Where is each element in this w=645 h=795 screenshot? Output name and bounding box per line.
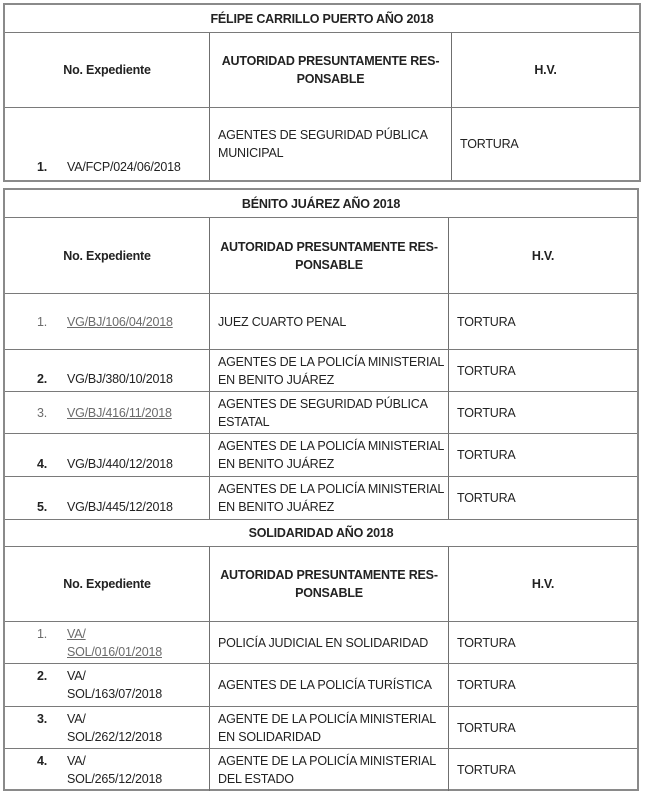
hv-cell: TORTURA (448, 434, 637, 476)
autoridad-text: AGENTES DE LA POLICÍA MINISTERIALEN BENI… (218, 437, 444, 473)
header-row: No. Expediente AUTORIDAD PRESUNTAMENTE R… (5, 218, 637, 294)
header-hv-text: H.V. (534, 61, 556, 79)
expediente-link[interactable]: VG/BJ/106/04/2018 (67, 313, 173, 331)
autoridad-cell: AGENTES DE LA POLICÍA MINISTERIALEN BENI… (209, 477, 448, 519)
table-benito-juarez-solidaridad: BÉNITO JUÁREZ AÑO 2018 No. Expediente AU… (3, 188, 639, 791)
table-row: 4. VG/BJ/440/12/2018 AGENTES DE LA POLIC… (5, 434, 637, 477)
hv-text: TORTURA (460, 135, 519, 153)
hv-text: TORTURA (457, 719, 516, 737)
expediente-number: VA/SOL/265/12/2018 (67, 752, 177, 788)
autoridad-line1: AGENTES DE LA POLICÍA MINISTERIAL (218, 353, 444, 371)
expediente-number: VG/BJ/445/12/2018 (67, 498, 173, 516)
expediente-cell: 4. VA/SOL/265/12/2018 (5, 749, 209, 791)
expediente-link[interactable]: VA/SOL/016/01/2018 (67, 625, 177, 661)
expediente-line1: VA/ (67, 710, 177, 728)
row-number: 2. (13, 370, 67, 388)
autoridad-line2: ESTATAL (218, 413, 428, 431)
table-row: 1. VA/SOL/016/01/2018 POLICÍA JUDICIAL E… (5, 622, 637, 664)
row-number: 1. (13, 625, 67, 643)
header-row: No. Expediente AUTORIDAD PRESUNTAMENTE R… (5, 547, 637, 622)
expediente-cell: 5. VG/BJ/445/12/2018 (5, 477, 209, 519)
hv-cell: TORTURA (448, 622, 637, 663)
table-felipe-carrillo-puerto: FÉLIPE CARRILLO PUERTO AÑO 2018 No. Expe… (3, 3, 641, 182)
table-row: 5. VG/BJ/445/12/2018 AGENTES DE LA POLIC… (5, 477, 637, 520)
autoridad-line2: EN BENITO JUÁREZ (218, 455, 444, 473)
row-number: 1. (13, 313, 67, 331)
header-expediente-text: No. Expediente (63, 61, 151, 79)
header-hv: H.V. (448, 547, 637, 621)
expediente-cell: 1. VA/FCP/024/06/2018 (5, 108, 209, 180)
autoridad-line2: EN SOLIDARIDAD (218, 728, 436, 746)
expediente-number: VA/SOL/262/12/2018 (67, 710, 177, 746)
row-number: 5. (13, 498, 67, 516)
hv-text: TORTURA (457, 362, 516, 380)
expediente-number: VA/SOL/163/07/2018 (67, 667, 177, 703)
table-row: 1. VG/BJ/106/04/2018 JUEZ CUARTO PENAL T… (5, 294, 637, 350)
hv-cell: TORTURA (448, 707, 637, 748)
autoridad-line1: AGENTES DE SEGURIDAD PÚBLICA (218, 395, 428, 413)
header-autoridad: AUTORIDAD PRESUNTAMENTE RES-PONSABLE (209, 218, 448, 293)
header-autoridad-line1: AUTORIDAD PRESUNTAMENTE RES- (220, 566, 438, 584)
autoridad-text: AGENTES DE LA POLICÍA MINISTERIALEN BENI… (218, 480, 444, 516)
header-autoridad-text: AUTORIDAD PRESUNTAMENTE RES-PONSABLE (220, 238, 438, 274)
hv-cell: TORTURA (448, 350, 637, 391)
hv-text: TORTURA (457, 489, 516, 507)
header-autoridad-line1: AUTORIDAD PRESUNTAMENTE RES- (220, 238, 438, 256)
header-expediente: No. Expediente (5, 33, 209, 107)
row-number: 3. (13, 404, 67, 422)
autoridad-cell: AGENTE DE LA POLICÍA MINISTERIALDEL ESTA… (209, 749, 448, 791)
autoridad-text: JUEZ CUARTO PENAL (218, 313, 346, 331)
autoridad-line2: DEL ESTADO (218, 770, 436, 788)
expediente-number: VG/BJ/440/12/2018 (67, 455, 173, 473)
autoridad-text: AGENTES DE SEGURIDAD PÚBLICAESTATAL (218, 395, 428, 431)
expediente-line2: SOL/163/07/2018 (67, 685, 177, 703)
row-number: 4. (13, 752, 67, 770)
section-title-text: BÉNITO JUÁREZ AÑO 2018 (242, 197, 400, 211)
hv-text: TORTURA (457, 761, 516, 779)
expediente-cell: 2. VG/BJ/380/10/2018 (5, 350, 209, 391)
hv-text: TORTURA (457, 676, 516, 694)
table-row: 4. VA/SOL/265/12/2018 AGENTE DE LA POLIC… (5, 749, 637, 791)
header-row: No. Expediente AUTORIDAD PRESUNTAMENTE R… (5, 33, 639, 108)
table-row: 2. VA/SOL/163/07/2018 AGENTES DE LA POLI… (5, 664, 637, 707)
autoridad-text: AGENTE DE LA POLICÍA MINISTERIALEN SOLID… (218, 710, 436, 746)
row-number: 4. (13, 455, 67, 473)
autoridad-cell: AGENTE DE LA POLICÍA MINISTERIALEN SOLID… (209, 707, 448, 748)
table-row: 2. VG/BJ/380/10/2018 AGENTES DE LA POLIC… (5, 350, 637, 392)
section-title-text: SOLIDARIDAD AÑO 2018 (249, 526, 394, 540)
autoridad-cell: AGENTES DE SEGURIDAD PÚBLICAMUNICIPAL (209, 108, 451, 180)
header-expediente: No. Expediente (5, 218, 209, 293)
expediente-cell: 4. VG/BJ/440/12/2018 (5, 434, 209, 476)
header-autoridad-line2: PONSABLE (220, 584, 438, 602)
header-autoridad: AUTORIDAD PRESUNTAMENTE RES-PONSABLE (209, 547, 448, 621)
autoridad-cell: AGENTES DE SEGURIDAD PÚBLICAESTATAL (209, 392, 448, 433)
autoridad-text: AGENTES DE SEGURIDAD PÚBLICAMUNICIPAL (218, 126, 428, 162)
header-hv-text: H.V. (532, 247, 554, 265)
autoridad-line2: EN BENITO JUÁREZ (218, 498, 444, 516)
autoridad-cell: POLICÍA JUDICIAL EN SOLIDARIDAD (209, 622, 448, 663)
hv-cell: TORTURA (448, 477, 637, 519)
section-title-text: FÉLIPE CARRILLO PUERTO AÑO 2018 (210, 12, 433, 26)
autoridad-text: AGENTES DE LA POLICÍA MINISTERIALEN BENI… (218, 353, 444, 389)
section-title: FÉLIPE CARRILLO PUERTO AÑO 2018 (5, 5, 639, 33)
hv-text: TORTURA (457, 446, 516, 464)
expediente-cell: 3. VG/BJ/416/11/2018 (5, 392, 209, 433)
header-hv-text: H.V. (532, 575, 554, 593)
hv-cell: TORTURA (448, 749, 637, 791)
autoridad-cell: JUEZ CUARTO PENAL (209, 294, 448, 349)
autoridad-cell: AGENTES DE LA POLICÍA MINISTERIALEN BENI… (209, 350, 448, 391)
autoridad-line2: MUNICIPAL (218, 144, 428, 162)
expediente-cell: 2. VA/SOL/163/07/2018 (5, 664, 209, 706)
autoridad-text: AGENTES DE LA POLICÍA TURÍSTICA (218, 676, 432, 694)
expediente-line1: VA/ (67, 752, 177, 770)
expediente-line1: VA/ (67, 667, 177, 685)
expediente-line2: SOL/016/01/2018 (67, 643, 177, 661)
autoridad-line1: AGENTE DE LA POLICÍA MINISTERIAL (218, 752, 436, 770)
hv-cell: TORTURA (448, 664, 637, 706)
header-expediente: No. Expediente (5, 547, 209, 621)
row-number: 3. (13, 710, 67, 728)
expediente-line1: VA/ (67, 625, 177, 643)
header-hv: H.V. (451, 33, 639, 107)
header-autoridad-text: AUTORIDAD PRESUNTAMENTE RES-PONSABLE (220, 566, 438, 602)
table-row: 3. VG/BJ/416/11/2018 AGENTES DE SEGURIDA… (5, 392, 637, 434)
expediente-cell: 1. VA/SOL/016/01/2018 (5, 622, 209, 663)
hv-cell: TORTURA (448, 392, 637, 433)
hv-cell: TORTURA (451, 108, 639, 180)
expediente-cell: 3. VA/SOL/262/12/2018 (5, 707, 209, 748)
expediente-link[interactable]: VG/BJ/416/11/2018 (67, 404, 172, 422)
autoridad-text: AGENTE DE LA POLICÍA MINISTERIALDEL ESTA… (218, 752, 436, 788)
autoridad-line1: AGENTES DE LA POLICÍA MINISTERIAL (218, 480, 444, 498)
row-number: 2. (13, 667, 67, 685)
autoridad-cell: AGENTES DE LA POLICÍA TURÍSTICA (209, 664, 448, 706)
hv-text: TORTURA (457, 404, 516, 422)
expediente-line2: SOL/265/12/2018 (67, 770, 177, 788)
expediente-line2: SOL/262/12/2018 (67, 728, 177, 746)
expediente-cell: 1. VG/BJ/106/04/2018 (5, 294, 209, 349)
header-expediente-text: No. Expediente (63, 247, 151, 265)
header-expediente-text: No. Expediente (63, 575, 151, 593)
section-title: BÉNITO JUÁREZ AÑO 2018 (5, 190, 637, 218)
hv-text: TORTURA (457, 313, 516, 331)
autoridad-line1: AGENTE DE LA POLICÍA MINISTERIAL (218, 710, 436, 728)
autoridad-cell: AGENTES DE LA POLICÍA MINISTERIALEN BENI… (209, 434, 448, 476)
hv-cell: TORTURA (448, 294, 637, 349)
expediente-number: VA/FCP/024/06/2018 (67, 158, 181, 176)
autoridad-text: POLICÍA JUDICIAL EN SOLIDARIDAD (218, 634, 428, 652)
header-autoridad: AUTORIDAD PRESUNTAMENTE RES-PONSABLE (209, 33, 451, 107)
header-hv: H.V. (448, 218, 637, 293)
expediente-number: VG/BJ/380/10/2018 (67, 370, 173, 388)
section-title: SOLIDARIDAD AÑO 2018 (5, 520, 637, 547)
header-autoridad-line2: PONSABLE (220, 256, 438, 274)
autoridad-line1: AGENTES DE LA POLICÍA MINISTERIAL (218, 437, 444, 455)
header-autoridad-text: AUTORIDAD PRESUNTAMENTE RES-PONSABLE (222, 52, 440, 88)
autoridad-line2: EN BENITO JUÁREZ (218, 371, 444, 389)
table-row: 1. VA/FCP/024/06/2018 AGENTES DE SEGURID… (5, 108, 639, 180)
header-autoridad-line1: AUTORIDAD PRESUNTAMENTE RES- (222, 52, 440, 70)
header-autoridad-line2: PONSABLE (222, 70, 440, 88)
table-row: 3. VA/SOL/262/12/2018 AGENTE DE LA POLIC… (5, 707, 637, 749)
hv-text: TORTURA (457, 634, 516, 652)
row-number: 1. (13, 158, 67, 176)
autoridad-line1: AGENTES DE SEGURIDAD PÚBLICA (218, 126, 428, 144)
